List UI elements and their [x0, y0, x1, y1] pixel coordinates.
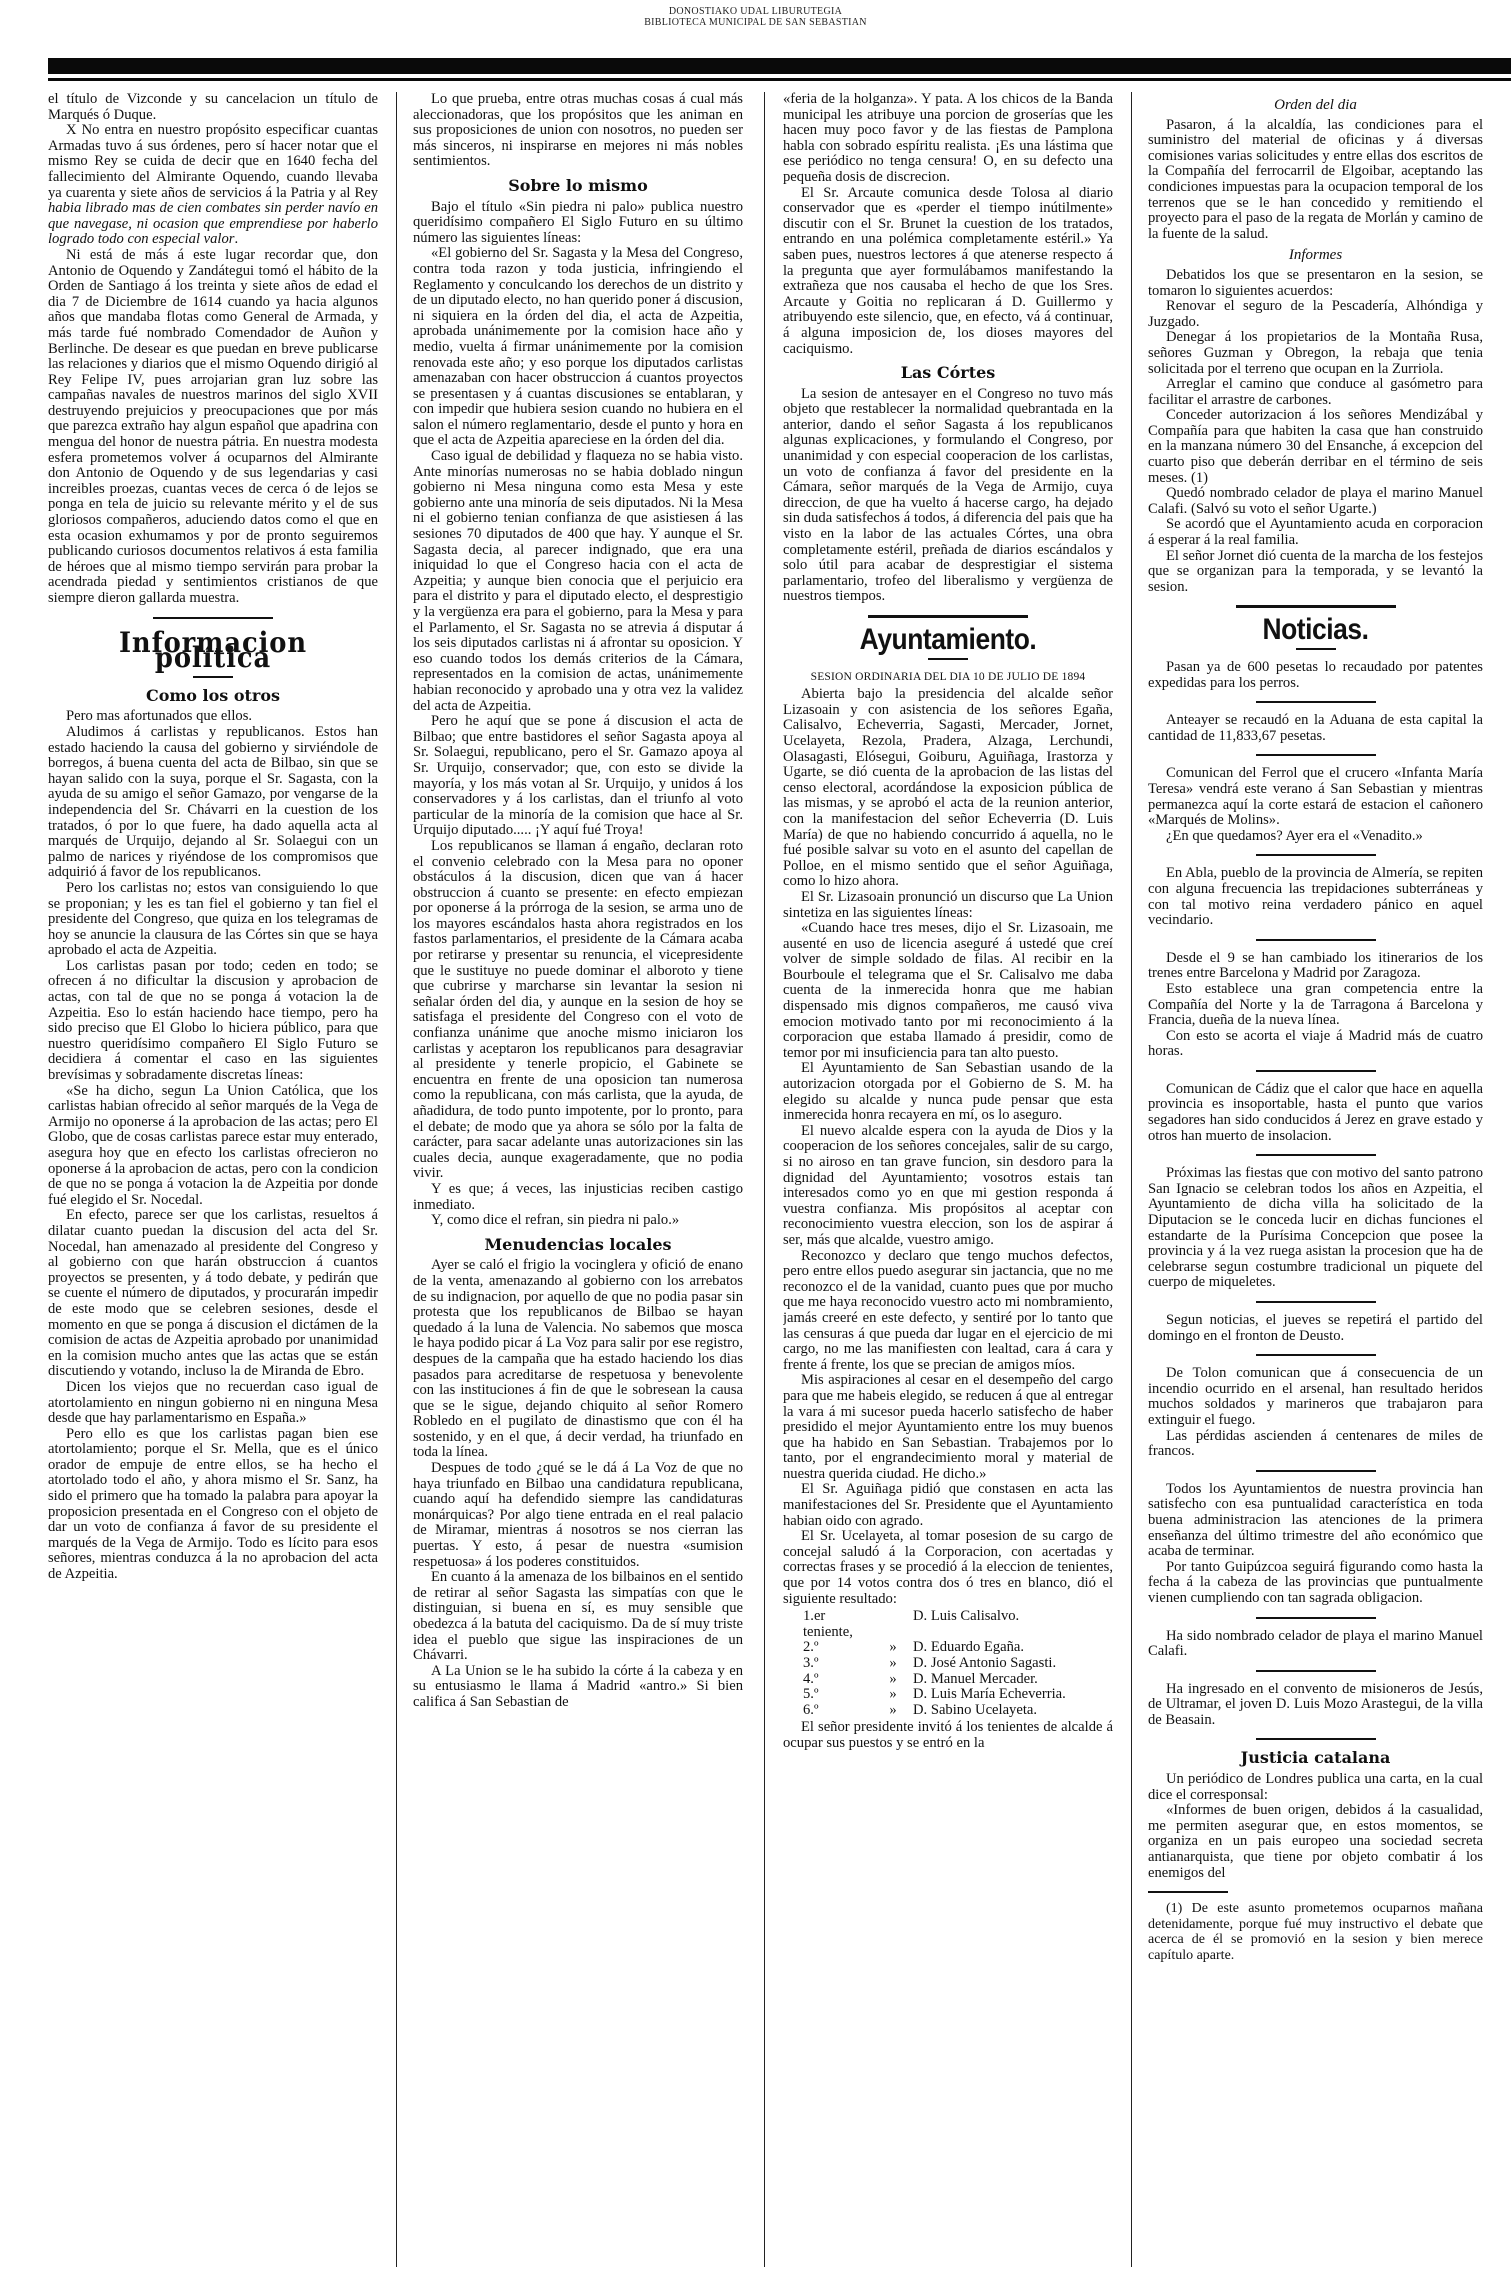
news-item: De Tolon comunican que á consecuencia de…	[1148, 1366, 1483, 1428]
library-stamp-spanish: BIBLIOTECA MUNICIPAL DE SAN SEBASTIAN	[0, 17, 1511, 28]
list-item: 6.º»D. Sabino Ucelayeta.	[803, 1703, 1113, 1719]
column-2: Lo que prueba, entre otras muchas cosas …	[413, 92, 743, 2272]
paragraph: Dicen los viejos que no recuerdan caso i…	[48, 1380, 378, 1427]
news-item: Segun noticias, el jueves se repetirá el…	[1148, 1313, 1483, 1344]
paragraph: el título de Vizconde y su cancelacion u…	[48, 92, 378, 123]
paragraph: Debatidos los que se presentaron en la s…	[1148, 268, 1483, 299]
list-item: 2.º»D. Eduardo Egaña.	[803, 1640, 1113, 1656]
paragraph: Ayer se caló el frigio la vocinglera y o…	[413, 1258, 743, 1461]
paragraph: El señor presidente invitó á los tenient…	[783, 1720, 1113, 1751]
article-title-justicia-catalana: Justicia catalana	[1148, 1750, 1483, 1766]
list-item: 1.er teniente,D. Luis Calisalvo.	[803, 1609, 1113, 1640]
paragraph: Quedó nombrado celador de playa el marin…	[1148, 486, 1483, 517]
news-item: Con esto se acorta el viaje á Madrid más…	[1148, 1029, 1483, 1060]
news-item: Esto establece una gran competencia entr…	[1148, 982, 1483, 1029]
list-item: 4.º»D. Manuel Mercader.	[803, 1672, 1113, 1688]
paragraph: «El gobierno del Sr. Sagasta y la Mesa d…	[413, 246, 743, 449]
article-title-las-cortes: Las Córtes	[783, 365, 1113, 381]
paragraph: En cuanto á la amenaza de los bilbainos …	[413, 1570, 743, 1664]
paragraph: El Sr. Arcaute comunica desde Tolosa al …	[783, 186, 1113, 358]
footnote: (1) De este asunto prometemos ocuparnos …	[1148, 1901, 1483, 1963]
column-3: «feria de la holganza». Y pata. A los ch…	[783, 92, 1113, 2272]
paragraph: Y, como dice el refran, sin piedra ni pa…	[413, 1213, 743, 1229]
paragraph: El Sr. Ucelayeta, al tomar posesion de s…	[783, 1529, 1113, 1607]
subheading-informes: Informes	[1148, 248, 1483, 264]
library-stamp: DONOSTIAKO UDAL LIBURUTEGIA BIBLIOTECA M…	[0, 6, 1511, 28]
section-divider	[153, 617, 273, 619]
news-item: Todos los Ayuntamientos de nuestra provi…	[1148, 1482, 1483, 1560]
masthead-rule	[48, 78, 1511, 81]
paragraph: «Se ha dicho, segun La Union Católica, q…	[48, 1084, 378, 1209]
masthead-bar	[48, 58, 1511, 74]
news-item: Pasan ya de 600 pesetas lo recaudado por…	[1148, 660, 1483, 691]
section-title-informacion-politica: Informacion política	[61, 635, 365, 666]
news-item: Próximas las fiestas que con motivo del …	[1148, 1166, 1483, 1291]
column-divider	[396, 92, 397, 2267]
library-stamp-basque: DONOSTIAKO UDAL LIBURUTEGIA	[0, 6, 1511, 17]
section-divider	[1236, 605, 1396, 608]
paragraph: Despues de todo ¿qué se le dá á La Voz d…	[413, 1461, 743, 1570]
paragraph: Conceder autorizacion á los señores Mend…	[1148, 408, 1483, 486]
paragraph: Arreglar el camino que conduce al gasóme…	[1148, 377, 1483, 408]
paragraph: Aludimos á carlistas y republicanos. Est…	[48, 725, 378, 881]
paragraph: X No entra en nuestro propósito especifi…	[48, 123, 378, 248]
paragraph: Y es que; á veces, las injusticias recib…	[413, 1182, 743, 1213]
paragraph: El Sr. Lizasoain pronunció un discurso q…	[783, 890, 1113, 921]
news-item: Comunican del Ferrol que el crucero «Inf…	[1148, 766, 1483, 828]
newspaper-columns: el título de Vizconde y su cancelacion u…	[48, 92, 1511, 2277]
paragraph: Bajo el título «Sin piedra ni palo» publ…	[413, 200, 743, 247]
column-divider	[764, 92, 765, 2267]
paragraph: El nuevo alcalde espera con la ayuda de …	[783, 1124, 1113, 1249]
news-item: Desde el 9 se han cambiado los itinerari…	[1148, 951, 1483, 982]
news-divider	[1256, 701, 1376, 703]
news-item: En Abla, pueblo de la provincia de Almer…	[1148, 866, 1483, 928]
paragraph: Los republicanos se llaman á engaño, dec…	[413, 839, 743, 1182]
news-item: ¿En que quedamos? Ayer era el «Venadito.…	[1148, 829, 1483, 845]
paragraph: Caso igual de debilidad y flaqueza no se…	[413, 449, 743, 714]
news-item: Por tanto Guipúzcoa seguirá figurando co…	[1148, 1560, 1483, 1607]
column-divider	[1131, 92, 1132, 2267]
news-item: Ha sido nombrado celador de playa el mar…	[1148, 1629, 1483, 1660]
news-divider	[1256, 1617, 1376, 1619]
news-divider	[1256, 1738, 1376, 1740]
column-1: el título de Vizconde y su cancelacion u…	[48, 92, 378, 2272]
subheading-orden-del-dia: Orden del dia	[1148, 98, 1483, 114]
paragraph: Un periódico de Londres publica una cart…	[1148, 1772, 1483, 1803]
paragraph: Reconozco y declaro que tengo muchos def…	[783, 1249, 1113, 1374]
column-4: Orden del dia Pasaron, á la alcaldía, la…	[1148, 92, 1483, 2272]
news-divider	[1256, 939, 1376, 941]
footnote-divider	[1148, 1891, 1228, 1893]
section-title-noticias: Noticias.	[1168, 622, 1463, 638]
paragraph: Lo que prueba, entre otras muchas cosas …	[413, 92, 743, 170]
section-divider	[868, 615, 1028, 618]
session-dateline: SESION ORDINARIA DEL DIA 10 DE JULIO DE …	[783, 670, 1113, 686]
news-divider	[1256, 854, 1376, 856]
paragraph: En efecto, parece ser que los carlistas,…	[48, 1208, 378, 1380]
section-divider	[1296, 648, 1336, 650]
paragraph: El Sr. Aguiñaga pidió que constasen en a…	[783, 1482, 1113, 1529]
news-item: Las pérdidas ascienden á centenares de m…	[1148, 1429, 1483, 1460]
paragraph: Denegar á los propietarios de la Montaña…	[1148, 330, 1483, 377]
paragraph: «Informes de buen origen, debidos á la c…	[1148, 1803, 1483, 1881]
paragraph: «feria de la holganza». Y pata. A los ch…	[783, 92, 1113, 186]
news-item: Anteayer se recaudó en la Aduana de esta…	[1148, 713, 1483, 744]
paragraph: Pero he aquí que se pone á discusion el …	[413, 714, 743, 839]
article-title-como-los-otros: Como los otros	[48, 688, 378, 704]
paragraph: La sesion de antesayer en el Congreso no…	[783, 387, 1113, 605]
news-item: Ha ingresado en el convento de misionero…	[1148, 1682, 1483, 1729]
paragraph: Renovar el seguro de la Pescadería, Alhó…	[1148, 299, 1483, 330]
section-divider	[928, 658, 968, 660]
paragraph: Pero mas afortunados que ellos.	[48, 709, 378, 725]
list-item: 3.º»D. José Antonio Sagasti.	[803, 1656, 1113, 1672]
paragraph: A La Union se le ha subido la córte á la…	[413, 1664, 743, 1711]
news-divider	[1256, 754, 1376, 756]
paragraph: Pero los carlistas no; estos van consigu…	[48, 881, 378, 959]
paragraph: Abierta bajo la presidencia del alcalde …	[783, 687, 1113, 890]
news-divider	[1256, 1470, 1376, 1472]
news-divider	[1256, 1070, 1376, 1072]
paragraph: Mis aspiraciones al cesar en el desempeñ…	[783, 1373, 1113, 1482]
paragraph: «Cuando hace tres meses, dijo el Sr. Liz…	[783, 921, 1113, 1061]
news-divider	[1256, 1301, 1376, 1303]
news-divider	[1256, 1154, 1376, 1156]
section-divider	[193, 676, 233, 678]
news-divider	[1256, 1354, 1376, 1356]
article-title-sobre-lo-mismo: Sobre lo mismo	[413, 178, 743, 194]
tenientes-list: 1.er teniente,D. Luis Calisalvo. 2.º»D. …	[803, 1609, 1113, 1718]
list-item: 5.º»D. Luis María Echeverria.	[803, 1687, 1113, 1703]
news-divider	[1256, 1670, 1376, 1672]
paragraph: Se acordó que el Ayuntamiento acuda en c…	[1148, 517, 1483, 548]
news-item: Comunican de Cádiz que el calor que hace…	[1148, 1082, 1483, 1144]
paragraph: El Ayuntamiento de San Sebastian usando …	[783, 1061, 1113, 1123]
paragraph: Pasaron, á la alcaldía, las condiciones …	[1148, 118, 1483, 243]
section-title-ayuntamiento: Ayuntamiento.	[803, 632, 1093, 648]
paragraph: Los carlistas pasan por todo; ceden en t…	[48, 959, 378, 1084]
paragraph: El señor Jornet dió cuenta de la marcha …	[1148, 549, 1483, 596]
paragraph: Ni está de más á este lugar recordar que…	[48, 248, 378, 607]
article-title-menudencias-locales: Menudencias locales	[413, 1237, 743, 1253]
paragraph: Pero ello es que los carlistas pagan bie…	[48, 1427, 378, 1583]
